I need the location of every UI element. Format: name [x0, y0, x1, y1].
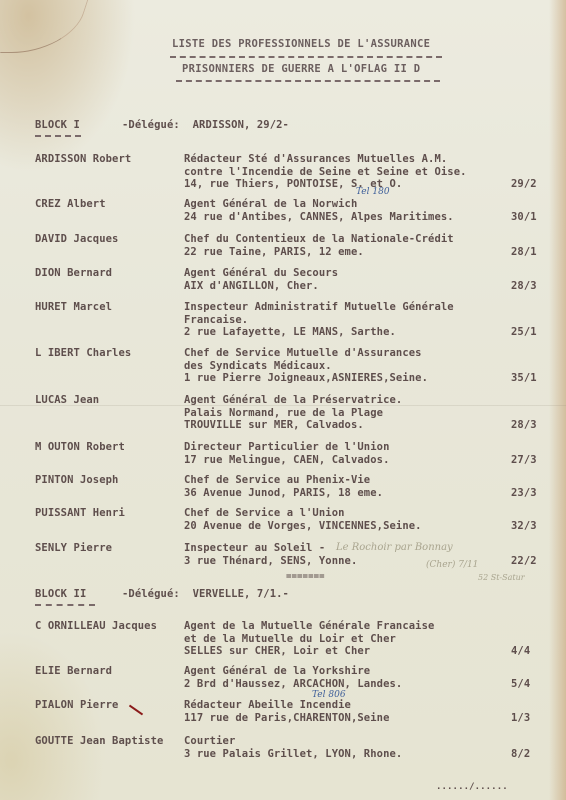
- block-code: 25/1: [511, 326, 537, 338]
- person-name: M OUTON Robert: [35, 441, 125, 453]
- person-name: DION Bernard: [35, 267, 112, 279]
- position-address-line: Rédacteur Abeille Incendie: [184, 699, 351, 711]
- typewritten-document-page: LISTE DES PROFESSIONNELS DE L'ASSURANCE …: [0, 0, 566, 800]
- handwritten-phone-note: Tel 806: [312, 690, 346, 700]
- position-address-line: Chef de Service a l'Union: [184, 507, 345, 519]
- position-address-line: Courtier: [184, 735, 235, 747]
- position-address-line: Inspecteur au Soleil -: [184, 542, 325, 554]
- red-pencil-mark: [129, 705, 143, 716]
- block-code: 27/3: [511, 454, 537, 466]
- position-address-line: Agent Général de la Yorkshire: [184, 665, 370, 677]
- position-address-line: Agent Général du Secours: [184, 267, 338, 279]
- block-code: 29/2: [511, 178, 537, 190]
- block-code: 32/3: [511, 520, 537, 532]
- block-code: 35/1: [511, 372, 537, 384]
- position-address-line: contre l'Incendie de Seine et Seine et O…: [184, 166, 467, 178]
- position-address-line: 2 rue Lafayette, LE MANS, Sarthe.: [184, 326, 396, 338]
- position-address-line: Rédacteur Sté d'Assurances Mutuelles A.M…: [184, 153, 447, 165]
- position-address-line: 3 rue Thénard, SENS, Yonne.: [184, 555, 357, 567]
- person-name: ELIE Bernard: [35, 665, 112, 677]
- position-address-line: 20 Avenue de Vorges, VINCENNES,Seine.: [184, 520, 422, 532]
- handwritten-pencil-note: Le Rochoir par Bonnay: [336, 542, 453, 553]
- continuation-mark: ....../......: [436, 782, 508, 792]
- block-code: 30/1: [511, 211, 537, 223]
- block-code: 23/3: [511, 487, 537, 499]
- position-address-line: Directeur Particulier de l'Union: [184, 441, 390, 453]
- block-heading-underline: [35, 135, 81, 137]
- block-code: 28/1: [511, 246, 537, 258]
- handwritten-pencil-note: (Cher) 7/11: [426, 560, 478, 570]
- document-title: LISTE DES PROFESSIONNELS DE L'ASSURANCE: [172, 38, 430, 50]
- position-address-line: 1 rue Pierre Joigneaux,ASNIERES,Seine.: [184, 372, 428, 384]
- person-name: L IBERT Charles: [35, 347, 131, 359]
- position-address-line: SELLES sur CHER, Loir et Cher: [184, 645, 370, 657]
- position-address-line: Chef du Contentieux de la Nationale-Créd…: [184, 233, 454, 245]
- block-heading: BLOCK I: [35, 119, 80, 131]
- person-name: SENLY Pierre: [35, 542, 112, 554]
- person-name: CREZ Albert: [35, 198, 106, 210]
- position-address-line: Palais Normand, rue de la Plage: [184, 407, 383, 419]
- block-code: 28/3: [511, 280, 537, 292]
- block-heading: BLOCK II: [35, 588, 86, 600]
- position-address-line: 36 Avenue Junod, PARIS, 18 eme.: [184, 487, 383, 499]
- block-delegate: -Délégué: ARDISSON, 29/2-: [122, 119, 289, 131]
- position-address-line: Chef de Service au Phenix-Vie: [184, 474, 370, 486]
- position-address-line: Francaise.: [184, 314, 248, 326]
- position-address-line: TROUVILLE sur MER, Calvados.: [184, 419, 364, 431]
- person-name: HURET Marcel: [35, 301, 112, 313]
- person-name: PUISSANT Henri: [35, 507, 125, 519]
- handwritten-pencil-note: 52 St-Satur: [478, 573, 525, 582]
- person-name: LUCAS Jean: [35, 394, 99, 406]
- block-code: 8/2: [511, 748, 530, 760]
- position-address-line: Inspecteur Administratif Mutuelle Généra…: [184, 301, 454, 313]
- position-address-line: 2 Brd d'Haussez, ARCACHON, Landes.: [184, 678, 402, 690]
- folded-corner: [0, 0, 88, 53]
- subtitle-underline: [176, 80, 440, 82]
- position-address-line: AIX d'ANGILLON, Cher.: [184, 280, 319, 292]
- position-address-line: 17 rue Melingue, CAEN, Calvados.: [184, 454, 390, 466]
- position-address-line: Agent Général de la Norwich: [184, 198, 357, 210]
- handwritten-phone-note: Tel 180: [356, 187, 390, 197]
- block-code: 1/3: [511, 712, 530, 724]
- person-name: PIALON Pierre: [35, 699, 118, 711]
- block-delegate: -Délégué: VERVELLE, 7/1.-: [122, 588, 289, 600]
- person-name: GOUTTE Jean Baptiste: [35, 735, 163, 747]
- block-code: 22/2: [511, 555, 537, 567]
- position-address-line: Chef de Service Mutuelle d'Assurances: [184, 347, 422, 359]
- separator-mark: =======: [286, 572, 325, 582]
- person-name: ARDISSON Robert: [35, 153, 131, 165]
- block-code: 4/4: [511, 645, 530, 657]
- title-underline: [170, 56, 442, 58]
- position-address-line: et de la Mutuelle du Loir et Cher: [184, 633, 396, 645]
- block-heading-underline: [35, 604, 95, 606]
- position-address-line: 22 rue Taine, PARIS, 12 eme.: [184, 246, 364, 258]
- position-address-line: Agent Général de la Préservatrice.: [184, 394, 402, 406]
- position-address-line: Agent de la Mutuelle Générale Francaise: [184, 620, 434, 632]
- block-code: 5/4: [511, 678, 530, 690]
- position-address-line: 117 rue de Paris,CHARENTON,Seine: [184, 712, 390, 724]
- block-code: 28/3: [511, 419, 537, 431]
- person-name: DAVID Jacques: [35, 233, 118, 245]
- person-name: PINTON Joseph: [35, 474, 118, 486]
- position-address-line: 24 rue d'Antibes, CANNES, Alpes Maritime…: [184, 211, 454, 223]
- position-address-line: 3 rue Palais Grillet, LYON, Rhone.: [184, 748, 402, 760]
- position-address-line: des Syndicats Médicaux.: [184, 360, 332, 372]
- person-name: C ORNILLEAU Jacques: [35, 620, 157, 632]
- document-subtitle: PRISONNIERS DE GUERRE A L'OFLAG II D: [182, 63, 420, 75]
